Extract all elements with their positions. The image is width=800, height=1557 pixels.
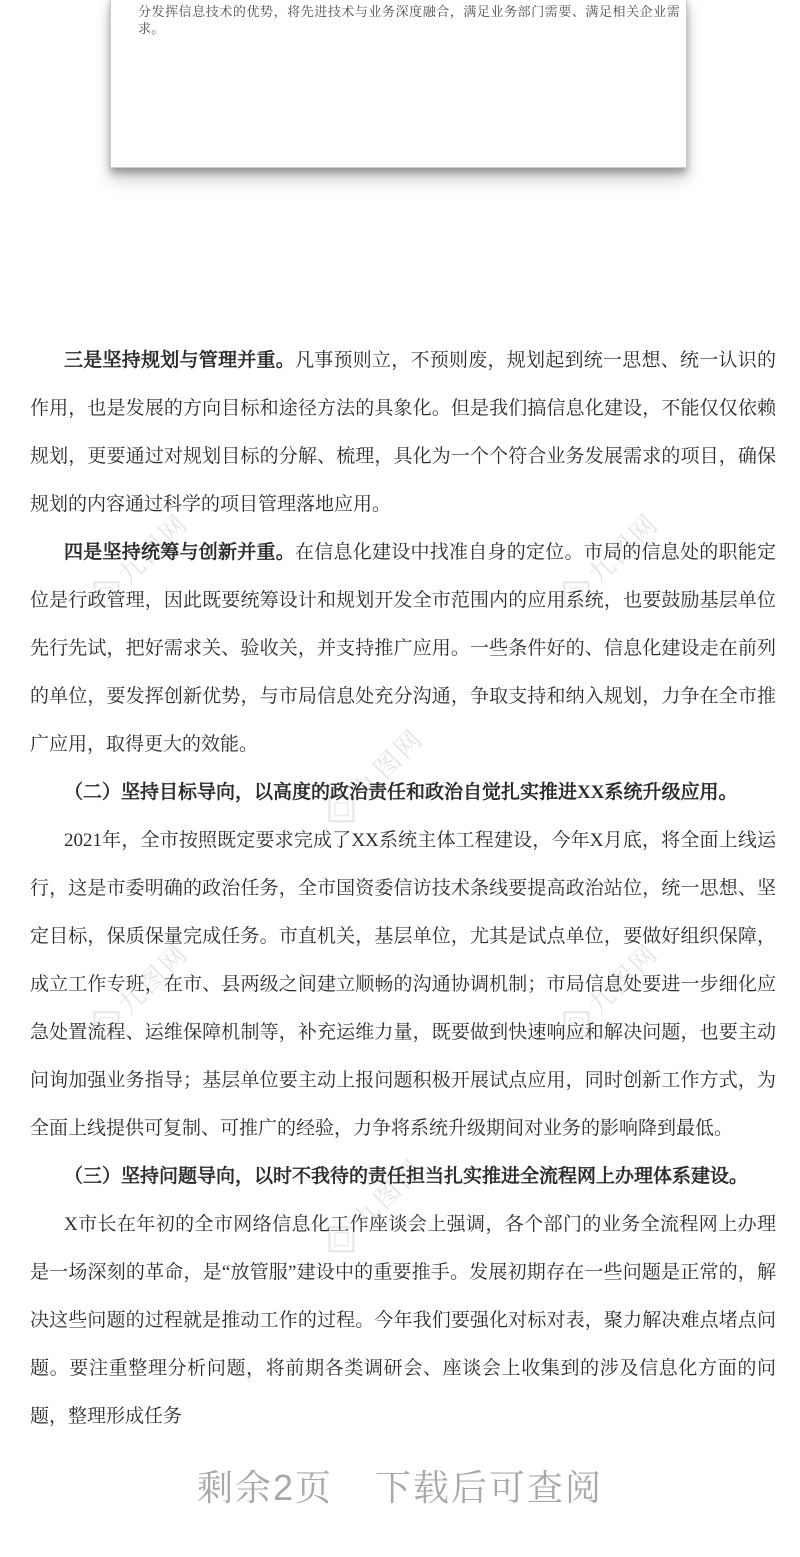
doc-paragraph-four: 四是坚持统筹与创新并重。在信息化建设中找准自身的定位。市局的信息处的职能定位是行…: [30, 529, 776, 769]
paragraph-text: 2021年，全市按照既定要求完成了XX系统主体工程建设，今年X月底，将全面上线运…: [30, 830, 776, 1139]
doc-paragraph-three: 三是坚持规划与管理并重。凡事预则立，不预则废，规划起到统一思想、统一认识的作用，…: [30, 337, 776, 529]
footer-note: 剩余2页下载后可查阅: [0, 1460, 800, 1511]
paragraph-lead-bold: 三是坚持规划与管理并重。: [64, 350, 295, 371]
document-text-block: 三是坚持规划与管理并重。凡事预则立，不预则废，规划起到统一思想、统一认识的作用，…: [30, 337, 776, 1441]
paragraph-text: 在信息化建设中找准自身的定位。市局的信息处的职能定位是行政管理，因此既要统筹设计…: [30, 542, 776, 755]
paragraph-text: X市长在年初的全市网络信息化工作座谈会上强调，各个部门的业务全流程网上办理是一场…: [30, 1214, 776, 1427]
paragraph-text: 凡事预则立，不预则废，规划起到统一思想、统一认识的作用，也是发展的方向目标和途径…: [30, 350, 776, 515]
doc-paragraph-section-three-body: X市长在年初的全市网络信息化工作座谈会上强调，各个部门的业务全流程网上办理是一场…: [30, 1201, 776, 1441]
download-hint-label: 下载后可查阅: [375, 1467, 603, 1508]
doc-heading-section-three: （三）坚持问题导向，以时不我待的责任担当扎实推进全流程网上办理体系建设。: [30, 1153, 776, 1201]
doc-paragraph-section-two-body: 2021年，全市按照既定要求完成了XX系统主体工程建设，今年X月底，将全面上线运…: [30, 817, 776, 1153]
paragraph-lead-bold: 四是坚持统筹与创新并重。: [64, 542, 295, 563]
previous-page-tail-text: 分发挥信息技术的优势，将先进技术与业务深度融合，满足业务部门需要、满足相关企业需…: [138, 3, 680, 37]
doc-heading-section-two: （二）坚持目标导向，以高度的政治责任和政治自觉扎实推进XX系统升级应用。: [30, 769, 776, 817]
remaining-pages-label: 剩余2页: [197, 1467, 333, 1508]
previous-page-preview: 分发挥信息技术的优势，将先进技术与业务深度融合，满足业务部门需要、满足相关企业需…: [110, 0, 687, 168]
